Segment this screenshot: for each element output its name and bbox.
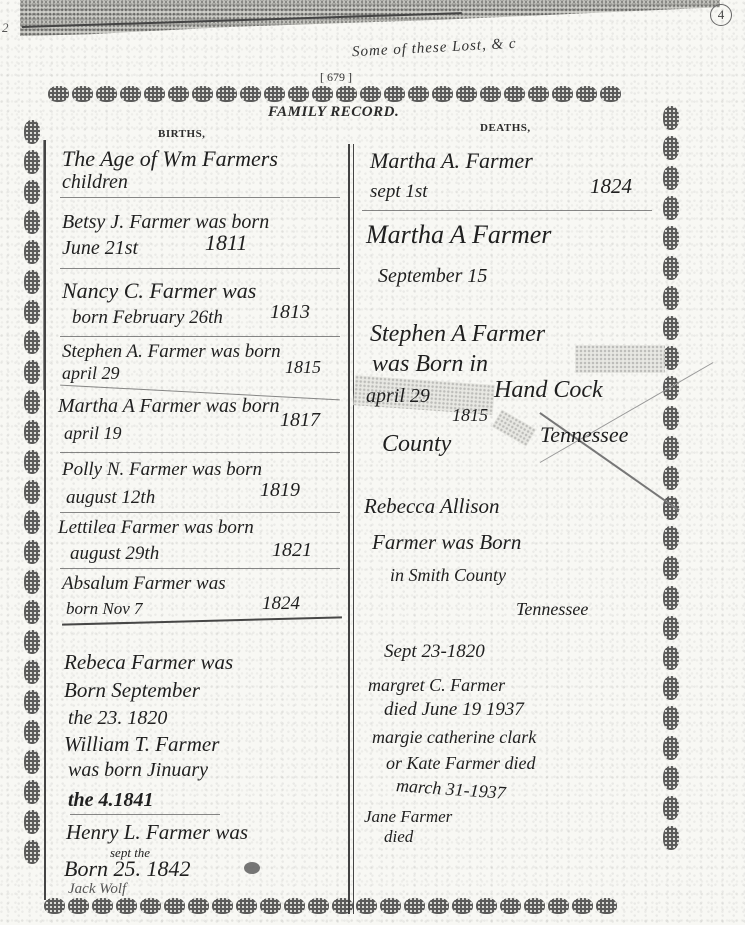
ornament-icon	[360, 86, 381, 102]
birth-entry-name: Absalum Farmer was	[62, 574, 226, 593]
ornament-icon	[552, 86, 573, 102]
ornament-icon	[663, 706, 679, 730]
ornament-icon	[168, 86, 189, 102]
ornament-icon	[663, 346, 679, 370]
ornament-icon	[663, 586, 679, 610]
ornament-icon	[663, 286, 679, 310]
birth-entry-date: Born 25. 1842	[64, 858, 191, 880]
page-title: FAMILY RECORD.	[268, 104, 399, 121]
ornament-icon	[663, 226, 679, 250]
birth-entry-year: 1815	[285, 358, 321, 376]
ornament-icon	[663, 256, 679, 280]
ornament-icon	[24, 780, 40, 804]
ornament-icon	[663, 826, 679, 850]
birth-entry-name: Rebeca Farmer was	[64, 652, 233, 673]
death-entry-detail: died	[384, 828, 413, 845]
ornament-icon	[663, 316, 679, 340]
signature: Jack Wolf	[68, 882, 126, 897]
ruled-line	[60, 197, 340, 198]
ornament-icon	[140, 898, 161, 914]
ornament-icon	[452, 898, 473, 914]
ornament-icon	[120, 86, 141, 102]
ornament-icon	[72, 86, 93, 102]
ornament-icon	[192, 86, 213, 102]
ornament-icon	[663, 766, 679, 790]
ruled-line	[60, 512, 340, 513]
column-divider	[348, 144, 350, 914]
ornament-icon	[240, 86, 261, 102]
births-heading: BIRTHS,	[158, 128, 205, 140]
ornament-icon	[548, 898, 569, 914]
ornament-icon	[663, 406, 679, 430]
ornament-icon	[528, 86, 549, 102]
ornament-icon	[24, 480, 40, 504]
ornament-icon	[116, 898, 137, 914]
margin-mark: 2	[2, 20, 9, 36]
ornament-icon	[24, 510, 40, 534]
birth-entry-year: 1811	[205, 232, 247, 254]
ornament-icon	[500, 898, 521, 914]
ornament-icon	[408, 86, 429, 102]
birth-entry-date: august 29th	[70, 544, 159, 563]
birth-entry-date: the 4.1841	[68, 790, 154, 810]
ornament-icon	[663, 556, 679, 580]
death-entry-date: Sept 23-1820	[384, 642, 485, 661]
page-number: [ 679 ]	[320, 70, 352, 85]
left-frame-line	[44, 140, 46, 900]
death-entry-name: Jane Farmer	[364, 808, 452, 825]
ornament-icon	[380, 898, 401, 914]
ruled-line	[70, 814, 220, 815]
family-record-page: 2 4 Some of these Lost, & c [ 679 ] FAMI…	[0, 0, 745, 925]
death-entry-date: September 15	[378, 266, 487, 286]
ornament-icon	[663, 736, 679, 760]
death-entry-date: sept 1st	[370, 182, 428, 201]
ornament-icon	[404, 898, 425, 914]
ornament-icon	[236, 898, 257, 914]
birth-entry-year: 1817	[280, 410, 320, 430]
ruled-line	[60, 336, 340, 337]
birth-entry-name: Martha A Farmer was born	[58, 396, 280, 416]
ornament-icon	[596, 898, 617, 914]
death-entry-state: Tennessee	[540, 424, 628, 446]
ink-blot	[244, 862, 260, 874]
ornament-icon	[356, 898, 377, 914]
ornament-icon	[663, 136, 679, 160]
ornament-icon	[24, 600, 40, 624]
ornament-icon	[663, 526, 679, 550]
ornament-icon	[24, 660, 40, 684]
ruled-line	[362, 210, 652, 211]
torn-top-strip	[20, 0, 720, 36]
birth-entry-year: 1819	[260, 480, 300, 500]
deaths-heading: DEATHS,	[480, 122, 531, 134]
ornament-icon	[480, 86, 501, 102]
ornament-icon	[284, 898, 305, 914]
pasted-paper-strip	[492, 409, 537, 446]
ornament-icon	[24, 750, 40, 774]
ornament-icon	[576, 86, 597, 102]
birth-entry-date: august 12th	[66, 488, 155, 507]
birth-entry-name: William T. Farmer	[64, 734, 219, 755]
ornament-icon	[308, 898, 329, 914]
ornament-icon	[24, 420, 40, 444]
ornament-icon	[288, 86, 309, 102]
death-entry-state: Tennessee	[516, 600, 588, 618]
ornament-icon	[663, 436, 679, 460]
ornament-icon	[24, 690, 40, 714]
death-entry-year: 1824	[590, 176, 632, 197]
ornament-icon	[24, 390, 40, 414]
birth-entry-name: Lettilea Farmer was born	[58, 518, 254, 537]
birth-entry-date: born February 26th	[72, 308, 223, 327]
ornament-icon	[663, 796, 679, 820]
birth-entry-date: april 29	[62, 364, 120, 382]
ornament-icon	[432, 86, 453, 102]
ornament-icon	[600, 86, 621, 102]
birth-entry-detail: Born September	[64, 680, 200, 701]
ornament-icon	[663, 466, 679, 490]
folded-paper-flap	[0, 140, 44, 390]
births-heading-line-2: children	[62, 172, 128, 192]
death-entry-county: County	[382, 432, 451, 456]
ornament-icon	[24, 540, 40, 564]
death-entry-place: in Smith County	[390, 566, 506, 584]
ornament-icon	[663, 616, 679, 640]
death-entry-name: margie catherine clark	[372, 728, 536, 746]
death-entry-name: Rebecca Allison	[364, 496, 500, 517]
ornament-icon	[96, 86, 117, 102]
ornament-icon	[68, 898, 89, 914]
ornament-icon	[312, 86, 333, 102]
birth-entry-date: the 23. 1820	[68, 708, 167, 728]
ornament-icon	[428, 898, 449, 914]
ornament-icon	[216, 86, 237, 102]
birth-entry-name: Nancy C. Farmer was	[62, 280, 256, 302]
death-entry-detail: Farmer was Born	[372, 532, 521, 553]
ornament-icon	[48, 86, 69, 102]
ornament-icon	[663, 646, 679, 670]
ornament-icon	[24, 720, 40, 744]
birth-entry-name: Henry L. Farmer was	[66, 822, 248, 843]
ruled-line	[60, 268, 340, 269]
birth-entry-name: Polly N. Farmer was born	[62, 460, 262, 479]
ornament-icon	[24, 570, 40, 594]
ornament-icon	[212, 898, 233, 914]
ornament-icon	[572, 898, 593, 914]
death-entry-detail: was Born in	[372, 352, 488, 376]
ornament-icon	[332, 898, 353, 914]
death-entry-name: Stephen A Farmer	[370, 322, 545, 346]
ornament-icon	[384, 86, 405, 102]
death-entry-detail: or Kate Farmer died	[386, 754, 535, 772]
ornament-icon	[24, 450, 40, 474]
ornament-icon	[264, 86, 285, 102]
ornament-icon	[92, 898, 113, 914]
ornament-icon	[336, 86, 357, 102]
birth-entry-date: april 19	[64, 424, 122, 442]
ornament-icon	[188, 898, 209, 914]
ornament-icon	[663, 166, 679, 190]
ornament-icon	[504, 86, 525, 102]
birth-entry-name: Stephen A. Farmer was born	[62, 342, 281, 361]
ornamental-border-bottom	[44, 898, 617, 914]
births-heading-line-1: The Age of Wm Farmers	[62, 148, 278, 170]
death-entry-name: Martha A. Farmer	[370, 150, 533, 172]
birth-entry-name: Betsy J. Farmer was born	[62, 212, 269, 232]
ornament-icon	[24, 840, 40, 864]
birth-entry-date: June 21st	[62, 238, 138, 258]
death-entry-date: died June 19 1937	[384, 700, 524, 719]
birth-entry-year: 1821	[272, 540, 312, 560]
page-circle-number: 4	[710, 4, 732, 26]
ornament-icon	[24, 630, 40, 654]
ornament-icon	[476, 898, 497, 914]
ornament-icon	[44, 898, 65, 914]
death-entry-name: margret C. Farmer	[368, 676, 505, 694]
ornament-icon	[663, 676, 679, 700]
ornament-icon	[24, 810, 40, 834]
ornament-icon	[456, 86, 477, 102]
birth-entry-detail: was born Jinuary	[68, 760, 208, 780]
ornamental-border-top	[48, 86, 621, 102]
birth-entry-year: 1813	[270, 302, 310, 322]
ornament-icon	[260, 898, 281, 914]
ornament-icon	[144, 86, 165, 102]
death-entry-place: Hand Cock	[494, 378, 603, 402]
death-entry-date: april 29	[366, 386, 430, 406]
ornament-icon	[663, 106, 679, 130]
death-entry-year: 1815	[452, 406, 488, 424]
death-entry-name: Martha A Farmer	[366, 222, 551, 248]
ornament-icon	[663, 196, 679, 220]
column-divider	[353, 144, 354, 914]
birth-entry-year: 1824	[262, 594, 300, 613]
pasted-paper-strip	[575, 345, 665, 373]
death-entry-date: march 31-1937	[396, 776, 507, 802]
ornament-icon	[164, 898, 185, 914]
ruled-line	[60, 568, 340, 569]
ornament-icon	[524, 898, 545, 914]
top-handwritten-note: Some of these Lost, & c	[352, 36, 517, 62]
birth-entry-date: born Nov 7	[66, 600, 143, 617]
ornamental-border-right	[663, 106, 679, 850]
ruled-line	[60, 452, 340, 453]
